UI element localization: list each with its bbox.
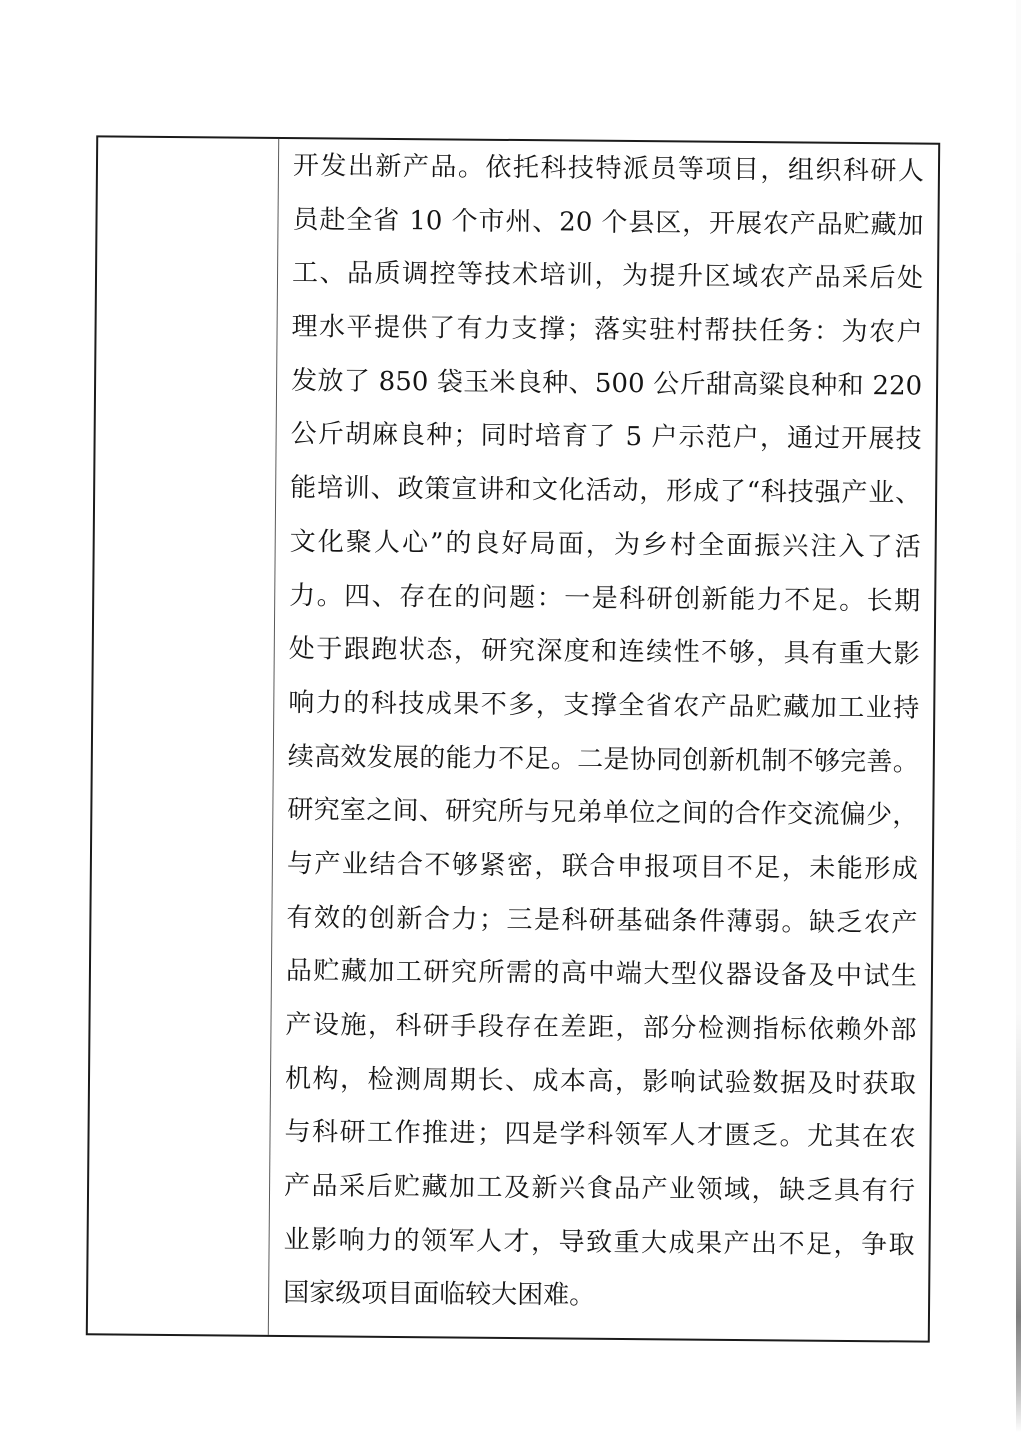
text-line: 文化聚人心”的良好局面，为乡村全面振兴注入了活	[289, 516, 920, 575]
text-line-last: 国家级项目面临较大困难。	[283, 1267, 914, 1326]
text-line: 开发出新产品。依托科技特派员等项目，组织科研人	[293, 140, 924, 199]
text-line: 续高效发展的能力不足。二是协同创新机制不够完善。	[288, 731, 919, 790]
text-line: 品贮藏加工研究所需的高中端大型仪器设备及中试生	[286, 945, 917, 1004]
text-line: 公斤胡麻良种；同时培育了 5 户示范户，通过开展技	[290, 408, 921, 467]
text-line: 机构，检测周期长、成本高，影响试验数据及时获取	[285, 1053, 916, 1112]
text-line: 有效的创新合力；三是科研基础条件薄弱。缺乏农产	[286, 892, 917, 951]
text-line: 与科研工作推进；四是学科领军人才匮乏。尤其在农	[284, 1106, 915, 1165]
text-line: 响力的科技成果不多，支撑全省农产品贮藏加工业持	[288, 677, 919, 736]
text-line: 产品采后贮藏加工及新兴食品产业领域，缺乏具有行	[284, 1160, 915, 1219]
scanned-page: 开发出新产品。依托科技特派员等项目，组织科研人 员赴全省 10 个市州、20 个…	[0, 0, 1024, 1447]
text-line: 发放了 850 袋玉米良种、500 公斤甜高粱良种和 220	[291, 355, 922, 414]
scan-edge-shadow	[1016, 0, 1021, 1447]
text-line: 研究室之间、研究所与兄弟单位之间的合作交流偏少，	[287, 784, 918, 843]
text-line: 工、品质调控等技术培训，为提升区域农产品采后处	[292, 247, 923, 306]
table-left-cell	[88, 137, 279, 1335]
table-right-cell: 开发出新产品。依托科技特派员等项目，组织科研人 员赴全省 10 个市州、20 个…	[269, 139, 938, 1341]
text-line: 能培训、政策宣讲和文化活动，形成了“科技强产业、	[290, 462, 921, 521]
report-table: 开发出新产品。依托科技特派员等项目，组织科研人 员赴全省 10 个市州、20 个…	[86, 135, 940, 1342]
text-line: 业影响力的领军人才，导致重大成果产出不足，争取	[283, 1214, 914, 1273]
text-line: 员赴全省 10 个市州、20 个县区，开展农产品贮藏加	[292, 194, 923, 253]
text-line: 力。四、存在的问题：一是科研创新能力不足。长期	[289, 570, 920, 629]
text-line: 理水平提供了有力支撑；落实驻村帮扶任务：为农户	[291, 301, 922, 360]
text-line: 与产业结合不够紧密，联合申报项目不足，未能形成	[287, 838, 918, 897]
text-line: 处于跟跑状态，研究深度和连续性不够，具有重大影	[289, 623, 920, 682]
text-line: 产设施，科研手段存在差距，部分检测指标依赖外部	[285, 999, 916, 1058]
